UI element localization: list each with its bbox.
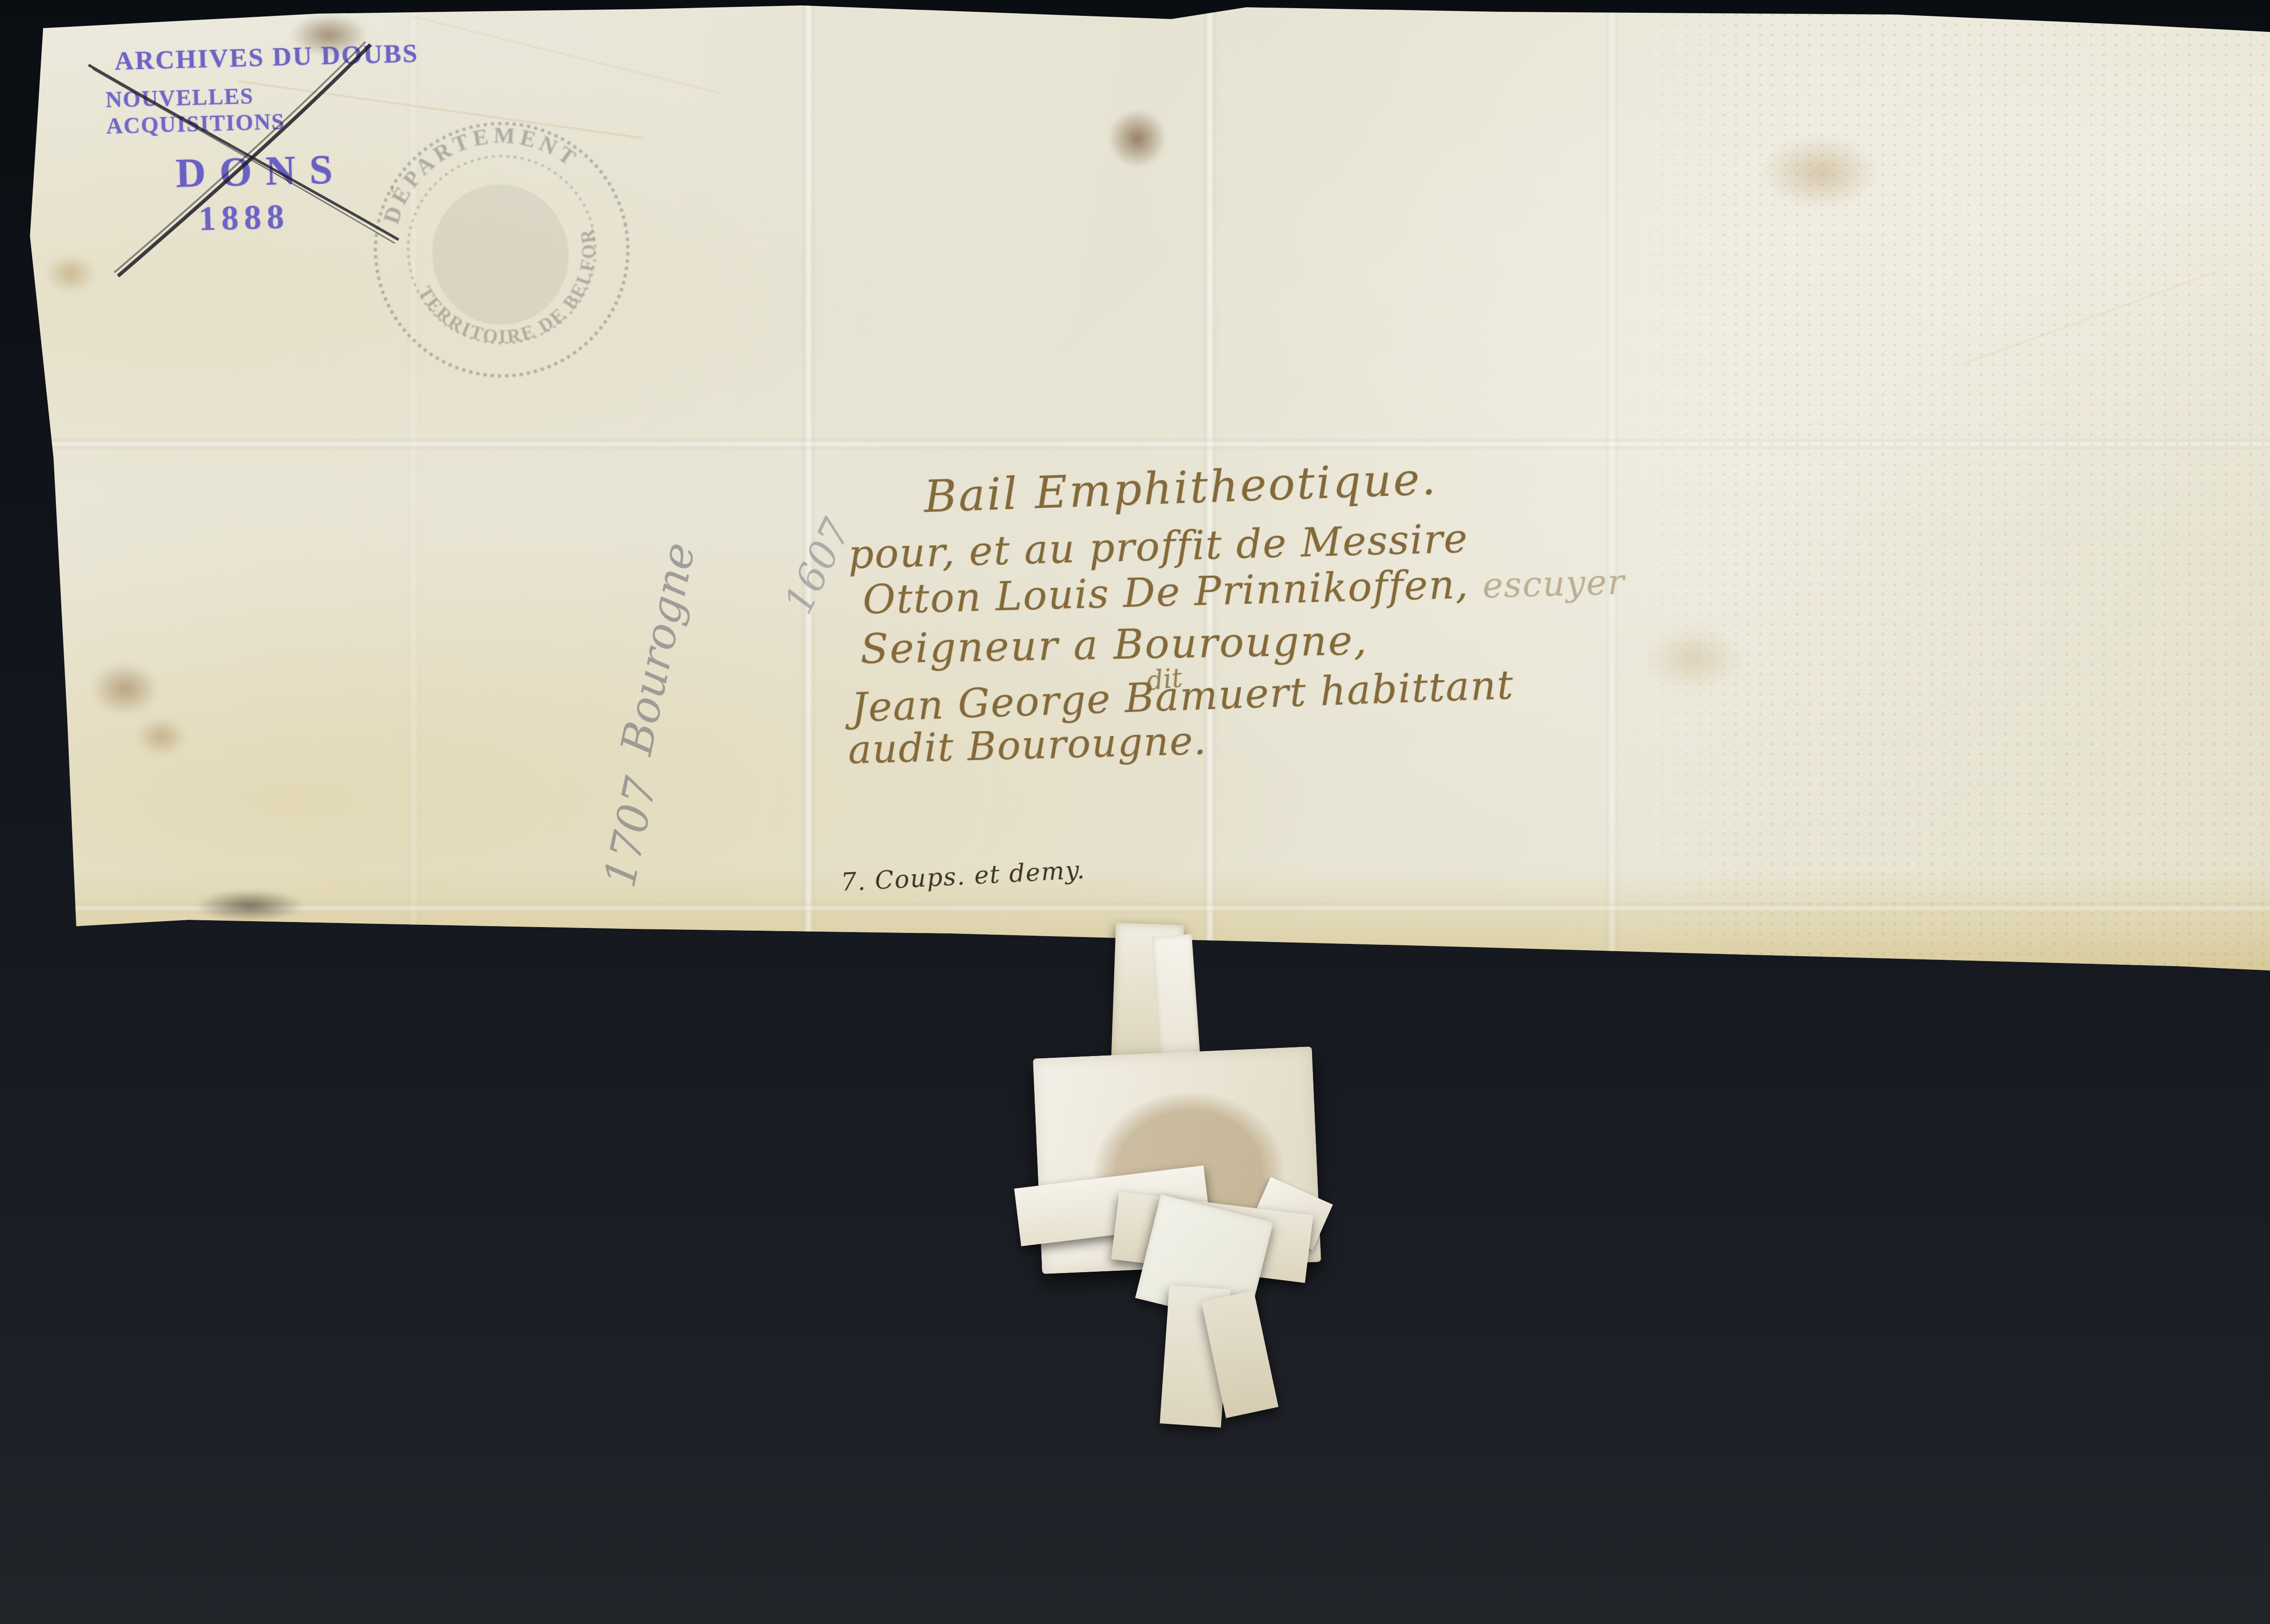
fold-crease-vertical-left	[803, 0, 814, 999]
handwriting-title-line: Bail Emphitheotique.	[923, 453, 1438, 523]
photo-background: ARCHIVES DU DOUBS NOUVELLES ACQUISITIONS…	[0, 0, 2270, 1624]
stain	[1108, 109, 1167, 168]
stain	[1643, 627, 1743, 690]
handwriting-line: audit Bourougne.	[848, 718, 1208, 773]
handwriting-faded-word: escuyer	[1482, 562, 1625, 606]
pencil-year-note: 1707	[594, 773, 666, 892]
stain	[136, 717, 186, 756]
pencil-margin-numeral: 1607	[775, 512, 860, 621]
scratch-mark	[413, 16, 722, 94]
parchment-sheet: ARCHIVES DU DOUBS NOUVELLES ACQUISITIONS…	[0, 0, 2270, 999]
pencil-place-note: Bourogne	[611, 538, 705, 759]
vellum-follicle-texture	[1607, 0, 2270, 981]
handwriting-line: Seigneur a Bourougne,	[860, 617, 1368, 673]
round-ink-stamp: DÉPARTEMENT TERRITOIRE DE BELFORT	[338, 88, 665, 412]
stain	[1762, 136, 1880, 209]
smudge-stain	[195, 890, 304, 922]
stain	[91, 663, 159, 715]
handwriting-measure-note: 7. Coups. et demy.	[840, 855, 1086, 897]
